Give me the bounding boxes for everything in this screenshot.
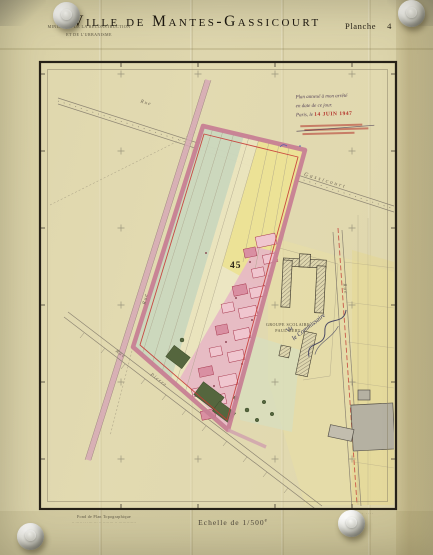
red-stamp-scribble: [296, 120, 382, 137]
map-canvas: [0, 0, 433, 555]
stamp-date: 14 JUIN 1947: [314, 111, 352, 118]
pushpin-bottom-left: [17, 523, 44, 550]
scale-label: Echelle de 1/500e: [168, 518, 298, 527]
scale-text: Echelle de 1/500: [198, 518, 264, 527]
pushpin-top-left: [53, 2, 80, 29]
credit-line2: ·· ····· ·· ···· ··· ·· ········ ·· ····…: [44, 521, 164, 526]
scale-superscript: e: [265, 519, 268, 524]
approval-stamp: Plan annexé à mon arrêté en date de ce j…: [295, 91, 396, 137]
plate-number: 4: [387, 21, 392, 31]
parcel-number-45: 45: [230, 261, 242, 273]
credit-line1: Fond de Plan Topographique: [44, 514, 164, 521]
pushpin-top-right: [398, 0, 425, 27]
plate-label: Planche: [345, 21, 376, 31]
scanned-map-photo: MINISTÈRE DE LA RECONSTRUCTION ET DE L'U…: [0, 0, 433, 555]
plate-number-heading: Planche4: [345, 21, 392, 32]
stamp-city-label: Paris, le: [296, 113, 313, 118]
ministry-line2: ET DE L'URBANISME: [28, 31, 150, 39]
credit-block: Fond de Plan Topographique ·· ····· ·· ·…: [44, 514, 164, 526]
pushpin-bottom-right: [338, 510, 365, 537]
